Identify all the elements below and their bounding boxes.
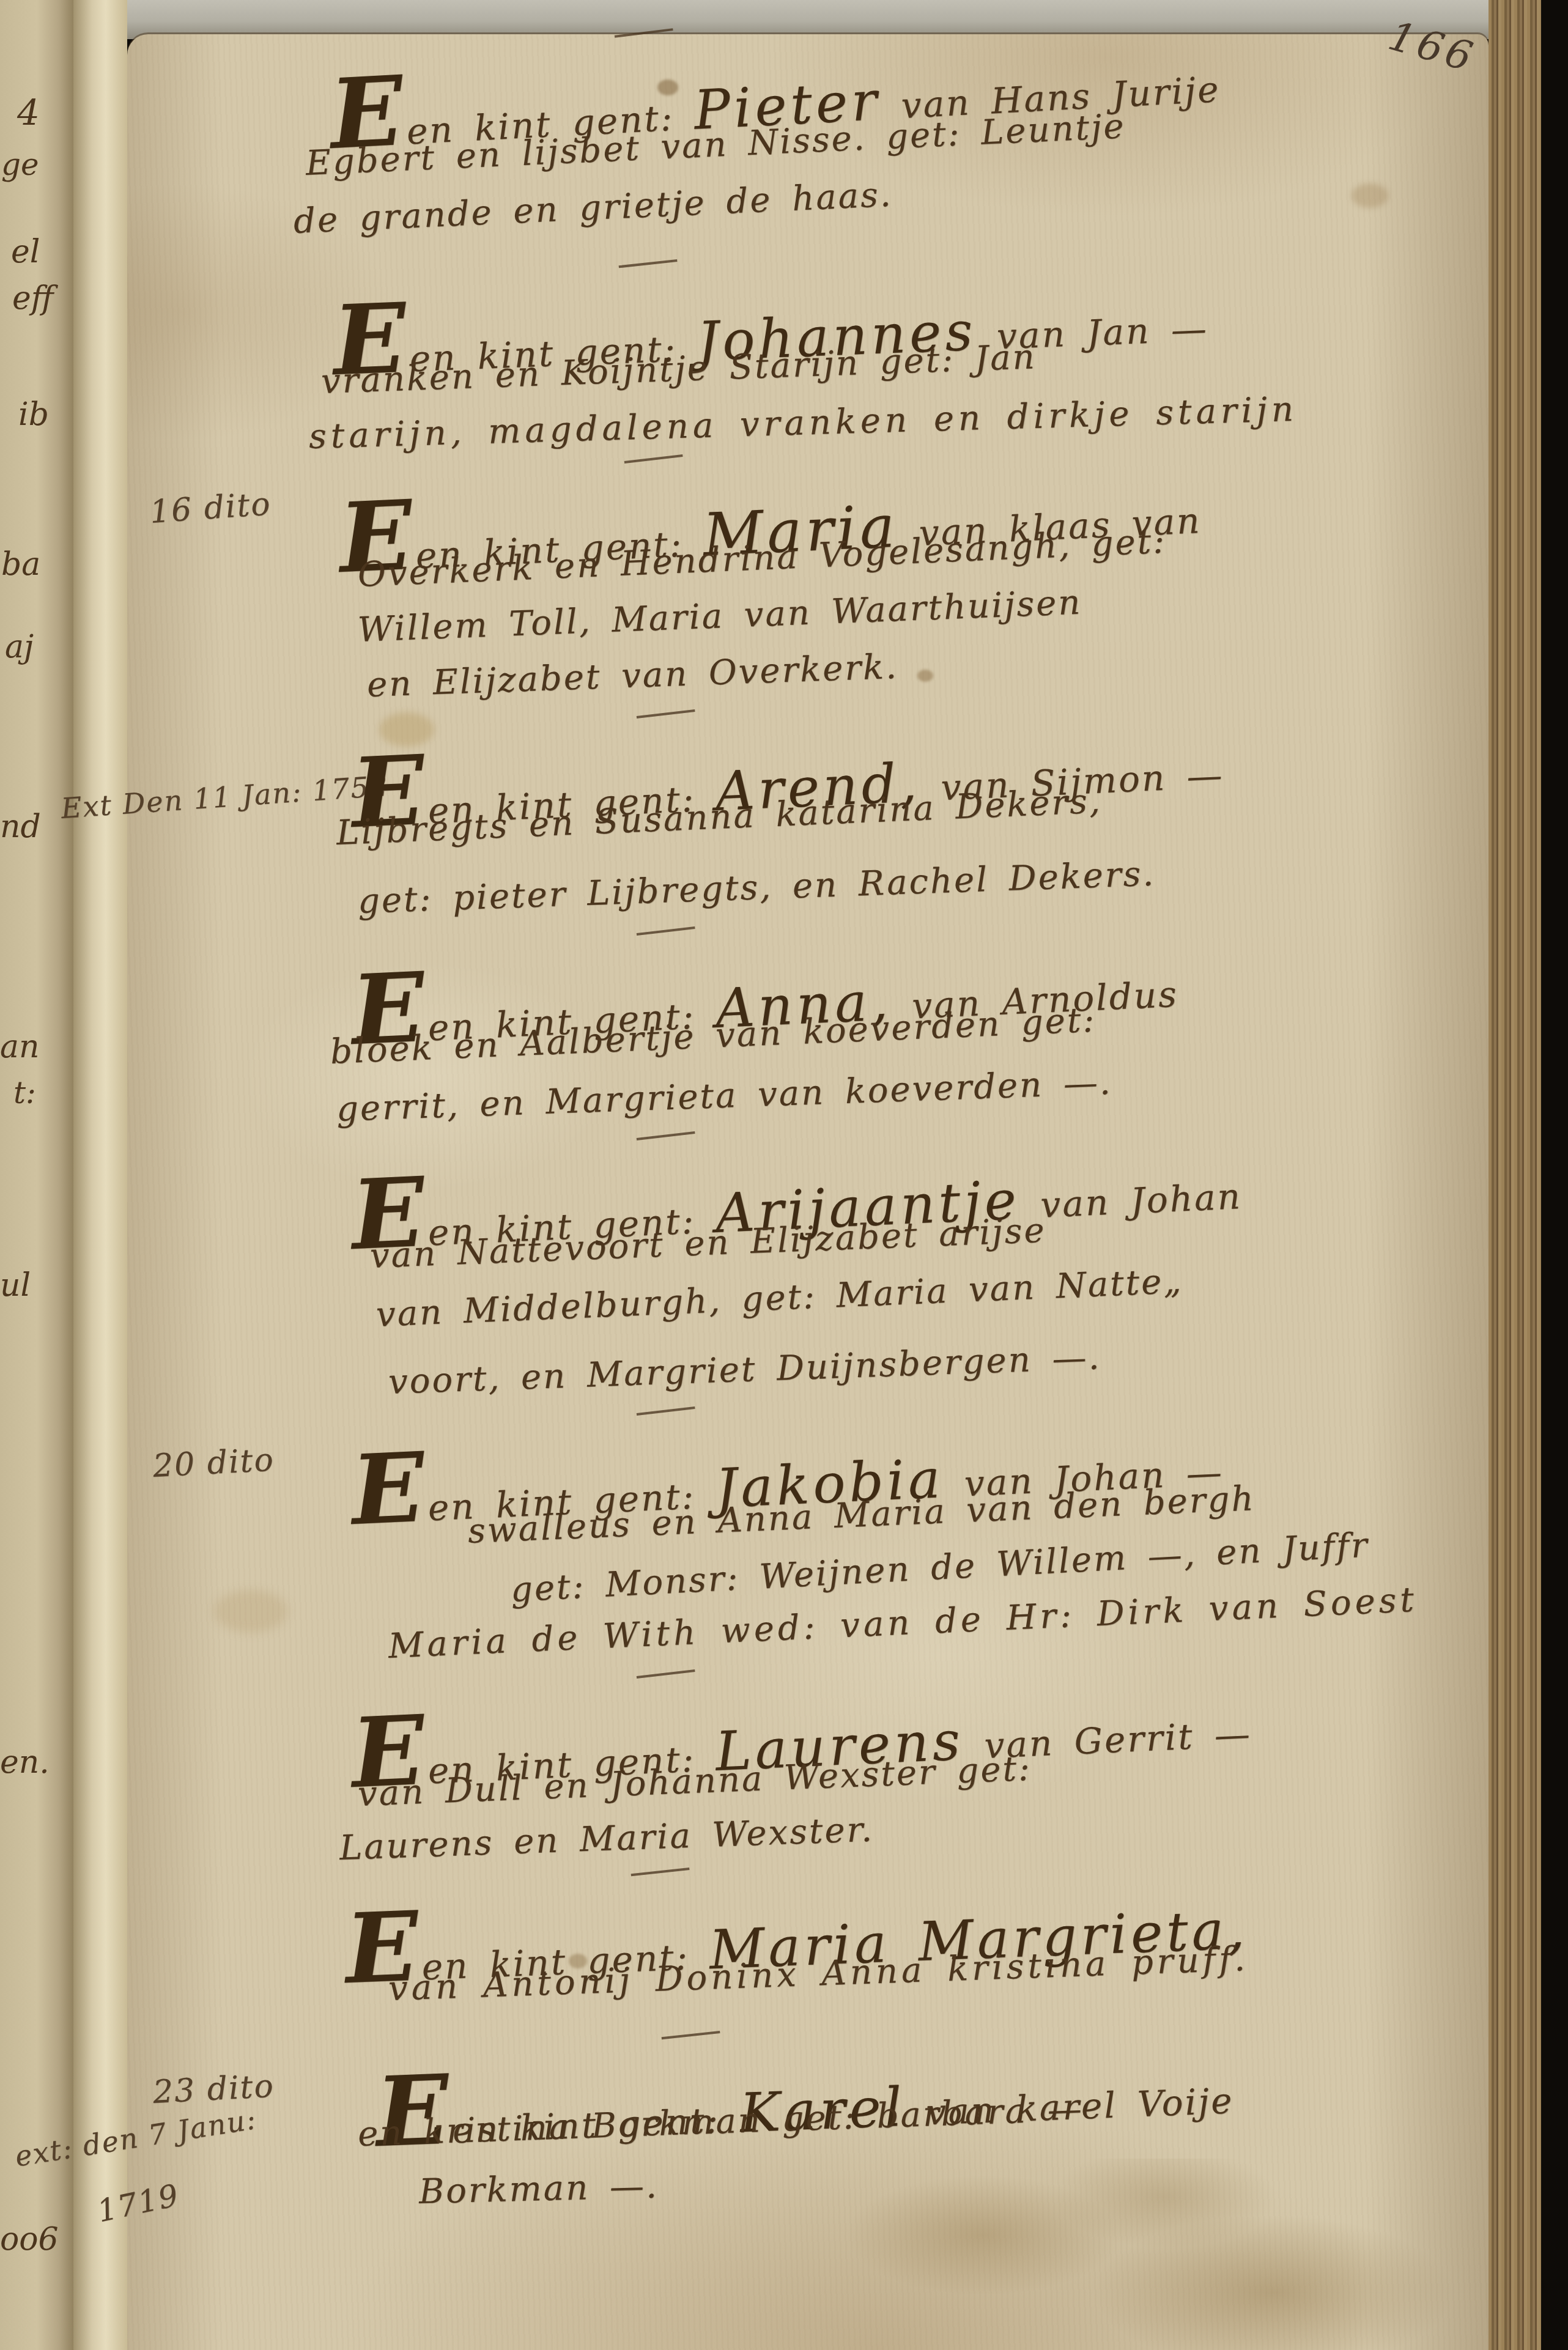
facing-page-fragment: ge [1,147,39,182]
facing-page-fragment: en. [0,1744,50,1781]
facing-page-fragment: an [0,1029,40,1065]
facing-page-fragment: ba [1,546,40,583]
facing-page-fragment: t: [13,1075,36,1110]
facing-page-fragment: el [11,234,40,270]
facing-page-edge: 4 ge el eff ib ba aj nd an t: ul en. oo6 [0,0,73,2350]
entry-tail: van Johan [1040,1175,1243,1226]
facing-page-fragment: oo6 [0,2221,59,2258]
facing-page-fragment: ib [18,396,49,433]
margin-date-note: 20 dito [152,1442,275,1485]
page-mottling [764,2159,1492,2350]
facing-page-fragment: eff [12,280,54,317]
facing-page-fragment: ul [0,1267,31,1304]
book-gutter [73,0,127,2350]
facing-page-fragment: 4 [17,92,40,133]
facing-page-fragment: nd [0,808,41,845]
baptism-entry-line: Borkman —. [418,2166,659,2212]
facing-page-fragment: aj [5,629,34,665]
scan-right-edge [1541,0,1568,2350]
book-fore-edge [1488,0,1541,2350]
margin-date-note: 23 dito [152,2068,275,2111]
manuscript-scan: 4 ge el eff ib ba aj nd an t: ul en. oo6… [0,0,1568,2350]
